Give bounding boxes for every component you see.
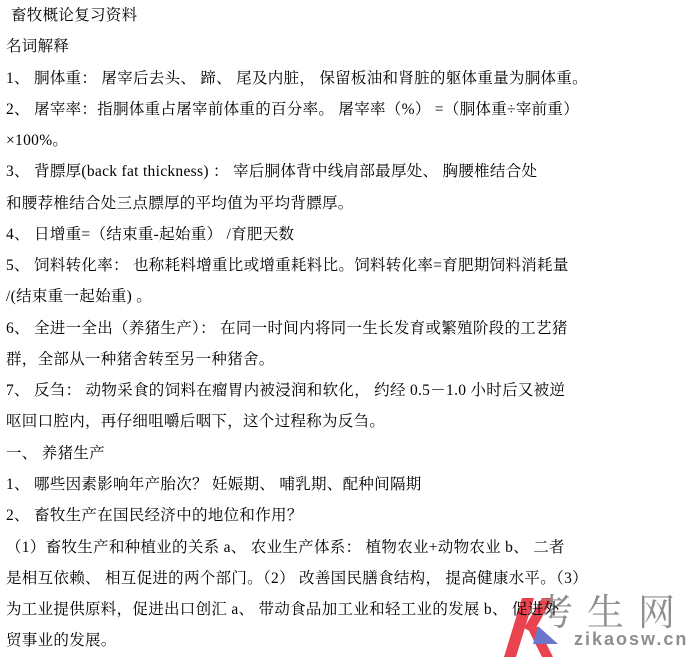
doc-line: 1、 胴体重： 屠宰后去头、 蹄、 尾及内脏， 保留板油和肾脏的躯体重量为胴体重…: [0, 63, 695, 94]
doc-line: 和腰荐椎结合处三点膘厚的平均值为平均背膘厚。: [0, 188, 695, 219]
doc-line: 是相互依赖、 相互促进的两个部门。（2） 改善国民膳食结构， 提高健康水平。（3…: [0, 563, 695, 594]
doc-line: 为工业提供原料，促进出口创汇 a、 带动食品加工业和轻工业的发展 b、 促进外: [0, 594, 695, 625]
doc-line: 5、 饲料转化率： 也称耗料增重比或增重耗料比。饲料转化率=育肥期饲料消耗量: [0, 250, 695, 281]
doc-line: 7、 反刍： 动物采食的饲料在瘤胃内被浸润和软化， 约经 0.5－1.0 小时后…: [0, 375, 695, 406]
doc-line: 6、 全进一全出（养猪生产）： 在同一时间内将同一生长发育或繁殖阶段的工艺猪: [0, 313, 695, 344]
doc-line: 1、 哪些因素影响年产胎次？ 妊娠期、 哺乳期、配种间隔期: [0, 469, 695, 500]
document-page: 畜牧概论复习资料名词解释1、 胴体重： 屠宰后去头、 蹄、 尾及内脏， 保留板油…: [0, 0, 695, 657]
doc-line: 2、 畜牧生产在国民经济中的地位和作用？: [0, 500, 695, 531]
doc-line: 4、 日增重=（结束重-起始重） /育肥天数: [0, 219, 695, 250]
doc-line: 3、 背膘厚(back fat thickness) ： 宰后胴体背中线肩部最厚…: [0, 156, 695, 187]
doc-heading: 一、 养猪生产: [0, 438, 695, 469]
doc-title: 畜牧概论复习资料: [0, 0, 695, 31]
doc-line: 呕回口腔内，再仔细咀嚼后咽下，这个过程称为反刍。: [0, 406, 695, 437]
doc-line: （1）畜牧生产和种植业的关系 a、 农业生产体系： 植物农业+动物农业 b、 二…: [0, 532, 695, 563]
document-body: 畜牧概论复习资料名词解释1、 胴体重： 屠宰后去头、 蹄、 尾及内脏， 保留板油…: [0, 0, 695, 657]
doc-line: ×100%。: [0, 125, 695, 156]
doc-heading: 名词解释: [0, 31, 695, 62]
doc-line: 群，全部从一种猪舍转至另一种猪舍。: [0, 344, 695, 375]
doc-line: 2、 屠宰率：指胴体重占屠宰前体重的百分率。 屠宰率（%） =（胴体重÷宰前重）: [0, 94, 695, 125]
doc-line: 贸事业的发展。: [0, 625, 695, 656]
doc-line: /(结束重一起始重) 。: [0, 281, 695, 312]
